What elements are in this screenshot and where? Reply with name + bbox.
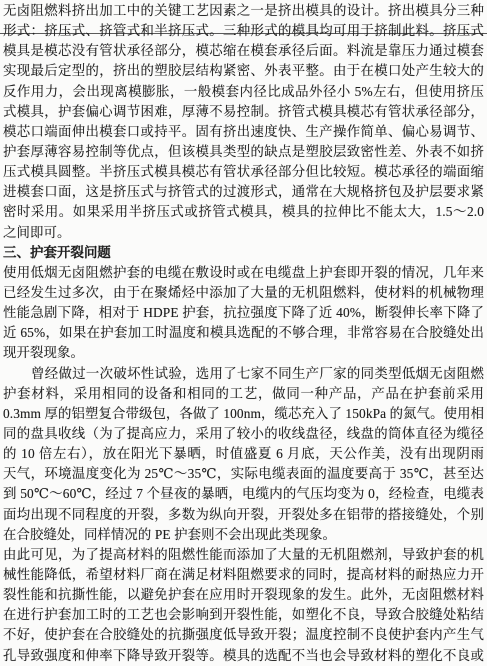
text-line: 反作用力，会出现离模膨胀，一般模套内径比成品外径小 5%左右，但使用挤压 — [3, 82, 484, 102]
text-line: 裂性能和抗撕性能，以避免护套在应用时开裂现象的发生。此外，无卤阻燃材料 — [3, 585, 484, 605]
text-line: 压式模具圆整。半挤压式模具模芯有管状承径部分但比较短。模芯承径的端面缩 — [3, 162, 484, 182]
text-line: 在进行护套加工时的工艺也会影响到开裂性能，如塑化不良，导致合胶缝处粘结 — [3, 605, 484, 625]
text-line: 形式：挤压式、挤管式和半挤压式。三种形式的模具均可用于挤制此料。挤压式 — [3, 21, 484, 41]
text-line: 近 65%，如果在护套加工时温度和模具选配的不够合理，非常容易在合胶缝处出 — [3, 323, 484, 343]
text-line: 无卤阻燃料挤出加工中的关键工艺因素之一是挤出模具的设计。挤出模具分三种 — [3, 1, 484, 21]
text-line: 在合胶缝处，同样情况的 PE 护套则不会出现此类现象。 — [3, 525, 484, 545]
text-line: 现开裂现象。 — [3, 343, 484, 363]
text-line: 械性能降低，希望材料厂商在满足材料阻燃要求的同时，提高材料的耐热应力开 — [3, 565, 484, 585]
text-line: 已经发生过多次，由于在聚烯烃中添加了大量的无机阻燃料，使材料的机械物理 — [3, 283, 484, 303]
section-heading: 三、护套开裂问题 — [3, 243, 484, 263]
text-line: 到 50℃～60℃，经过 7 个昼夜的暴晒，电缆内的气压均变为 0，经检查，电缆… — [3, 484, 484, 504]
text-line: 孔导致强度和伸率下降导致开裂等。模具的选配不当也会导致材料的塑化不良或 — [3, 646, 484, 666]
text-line: 式模具，护套偏心调节困难，厚薄不易控制。挤管式模具模芯有管状承径部分， — [3, 102, 484, 122]
text-line: 曾经做过一次破坏性试验，选用了七家不同生产厂家的同类型低烟无卤阻燃 — [3, 364, 484, 384]
text-line: 同的盘具收线（为了提高应力，采用了较小的收线盘径，线盘的筒体直径为缆径 — [3, 424, 484, 444]
text-line: 不好，使护套在合胶缝处的抗撕强度低导致开裂；温度控制不良使护套内产生气 — [3, 625, 484, 645]
text-line: 密时采用。如果采用半挤压式或挤管式模具，模具的拉伸比不能太大，1.5～2.0 — [3, 202, 484, 222]
text-line: 的 10 倍左右），放在阳光下暴晒，时值盛夏 6 月底，天公作美，没有出现阴雨 — [3, 444, 484, 464]
document-page: 无卤阻燃料挤出加工中的关键工艺因素之一是挤出模具的设计。挤出模具分三种形式：挤压… — [0, 0, 487, 666]
text-line: 使用低烟无卤阻燃护套的电缆在敷设时或在电缆盘上护套即开裂的情况，几年来 — [3, 263, 484, 283]
text-line: 天气，环境温度变化为 25℃～35℃，实际电缆表面的温度要高于 35℃，甚至达 — [3, 464, 484, 484]
text-line: 实现最后定型的，挤出的塑胶层结构紧密、外表平整。由于在模口处产生较大的 — [3, 61, 484, 81]
text-line: 由此可见，为了提高材料的阻燃性能而添加了大量的无机阻燃剂，导致护套的机 — [3, 545, 484, 565]
text-body: 无卤阻燃料挤出加工中的关键工艺因素之一是挤出模具的设计。挤出模具分三种形式：挤压… — [3, 1, 484, 666]
text-line: 护套材料，采用相同的设备和相同的工艺，做同一种产品，产品在护套前采用 — [3, 384, 484, 404]
text-line: 护套厚薄容易控制等优点，但该模具类型的缺点是塑胶层致密性差、外表不如挤 — [3, 142, 484, 162]
text-line: 模芯口端面伸出模套口或持平。固有挤出速度快、生产操作简单、偏心易调节、 — [3, 122, 484, 142]
text-line: 进模套口面，这是挤压式与挤管式的过渡形式，通常在大规格挤包及护层要求紧 — [3, 182, 484, 202]
text-line: 之间即可。 — [3, 223, 484, 243]
text-line: 性能急剧下降，相对于 HDPE 护套，抗拉强度下降了近 40%，断裂伸长率下降了 — [3, 303, 484, 323]
text-line: 模具是模芯没有管状承径部分，模芯缩在模套承径后面。料流是靠压力通过模套 — [3, 41, 484, 61]
text-line: 面均出现不同程度的开裂，多数为纵向开裂，开裂处多在铝带的搭接缝处，个别 — [3, 505, 484, 525]
text-line: 0.3mm 厚的铝塑复合带级包，各做了 100nm，缆芯充入了 150kPa 的… — [3, 404, 484, 424]
